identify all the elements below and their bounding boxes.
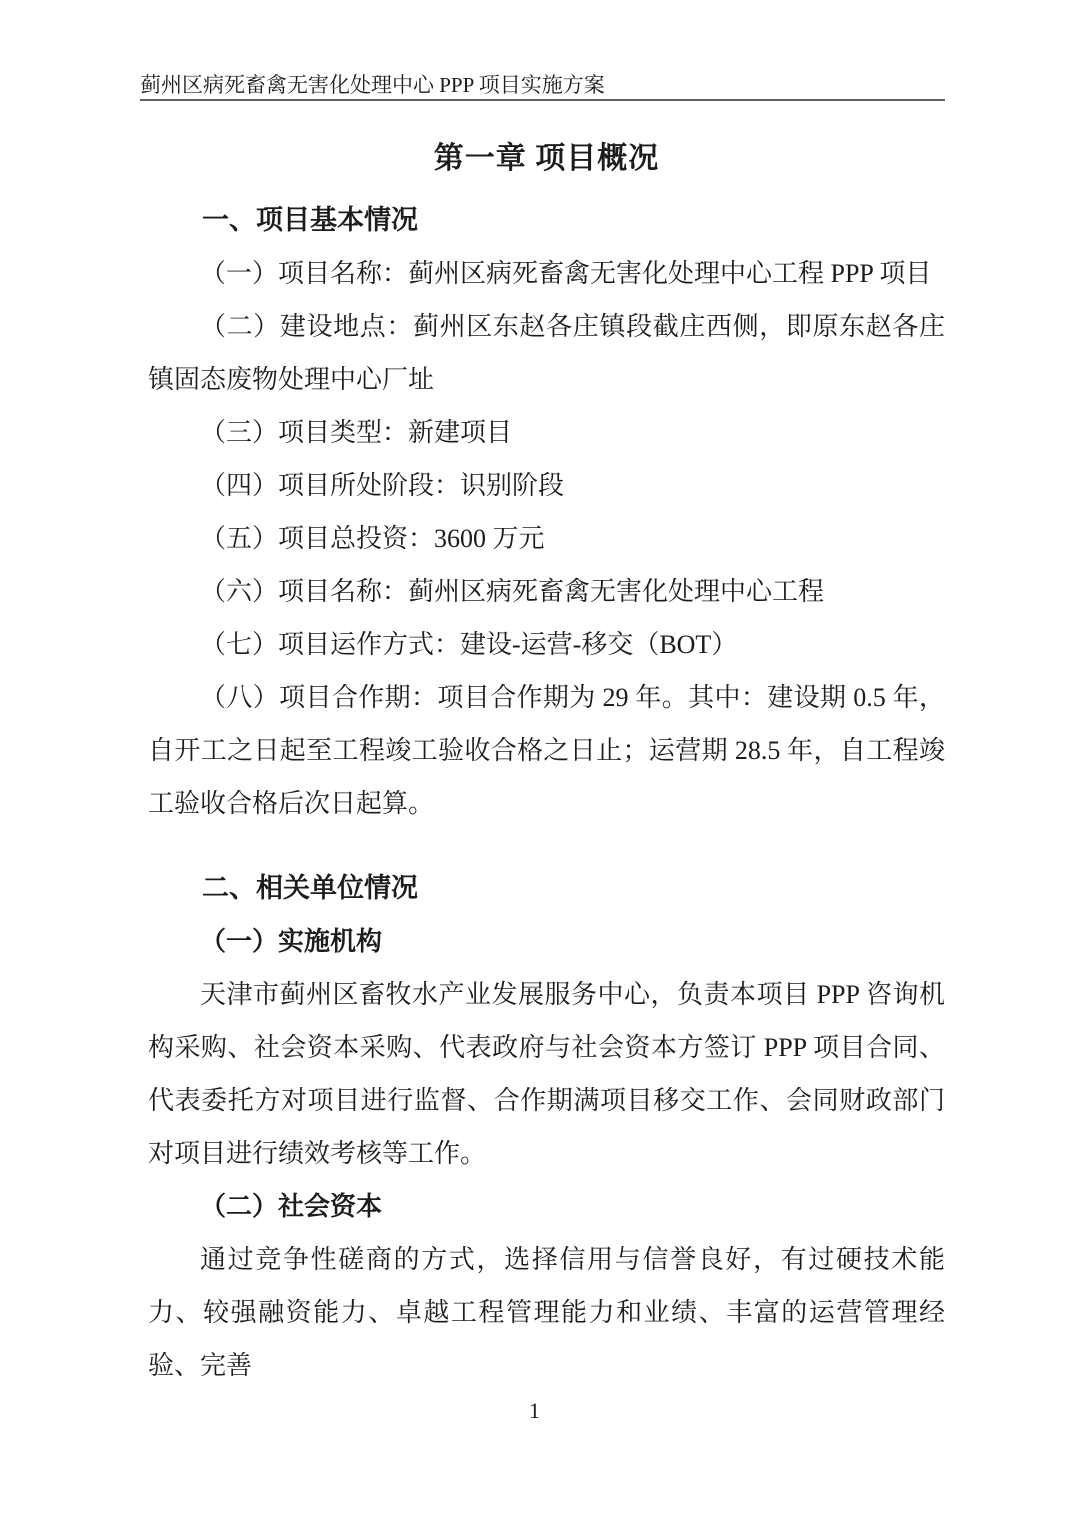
page-number: 1 xyxy=(0,1398,1069,1424)
header-title: 蓟州区病死畜禽无害化处理中心 PPP 项目实施方案 xyxy=(140,73,605,97)
item-project-name-2: （六）项目名称：蓟州区病死畜禽无害化处理中心工程 xyxy=(148,565,945,618)
implementing-agency-paragraph: 天津市蓟州区畜牧水产业发展服务中心，负责本项目 PPP 咨询机构采购、社会资本采… xyxy=(148,968,945,1180)
item-project-name: （一）项目名称：蓟州区病死畜禽无害化处理中心工程 PPP 项目 xyxy=(148,247,945,300)
item-total-investment: （五）项目总投资：3600 万元 xyxy=(148,512,945,565)
social-capital-paragraph: 通过竞争性磋商的方式，选择信用与信誉良好，有过硬技术能力、较强融资能力、卓越工程… xyxy=(148,1233,945,1392)
item-operation-mode: （七）项目运作方式：建设-运营-移交（BOT） xyxy=(148,618,945,671)
subsection-implementing-agency-heading: （一）实施机构 xyxy=(148,915,945,968)
item-project-stage: （四）项目所处阶段：识别阶段 xyxy=(148,459,945,512)
section-1-heading: 一、项目基本情况 xyxy=(148,194,945,247)
item-construction-site: （二）建设地点：蓟州区东赵各庄镇段截庄西侧，即原东赵各庄镇固态废物处理中心厂址 xyxy=(148,300,945,406)
document-body: 第一章 项目概况 一、项目基本情况 （一）项目名称：蓟州区病死畜禽无害化处理中心… xyxy=(148,132,945,1392)
chapter-title: 第一章 项目概况 xyxy=(148,132,945,186)
item-project-type: （三）项目类型：新建项目 xyxy=(148,406,945,459)
document-page: 蓟州区病死畜禽无害化处理中心 PPP 项目实施方案 第一章 项目概况 一、项目基… xyxy=(0,0,1069,1514)
item-cooperation-period: （八）项目合作期：项目合作期为 29 年。其中：建设期 0.5 年，自开工之日起… xyxy=(148,671,945,830)
section-2-heading: 二、相关单位情况 xyxy=(148,862,945,915)
document-header: 蓟州区病死畜禽无害化处理中心 PPP 项目实施方案 xyxy=(140,73,945,101)
subsection-social-capital-heading: （二）社会资本 xyxy=(148,1180,945,1233)
